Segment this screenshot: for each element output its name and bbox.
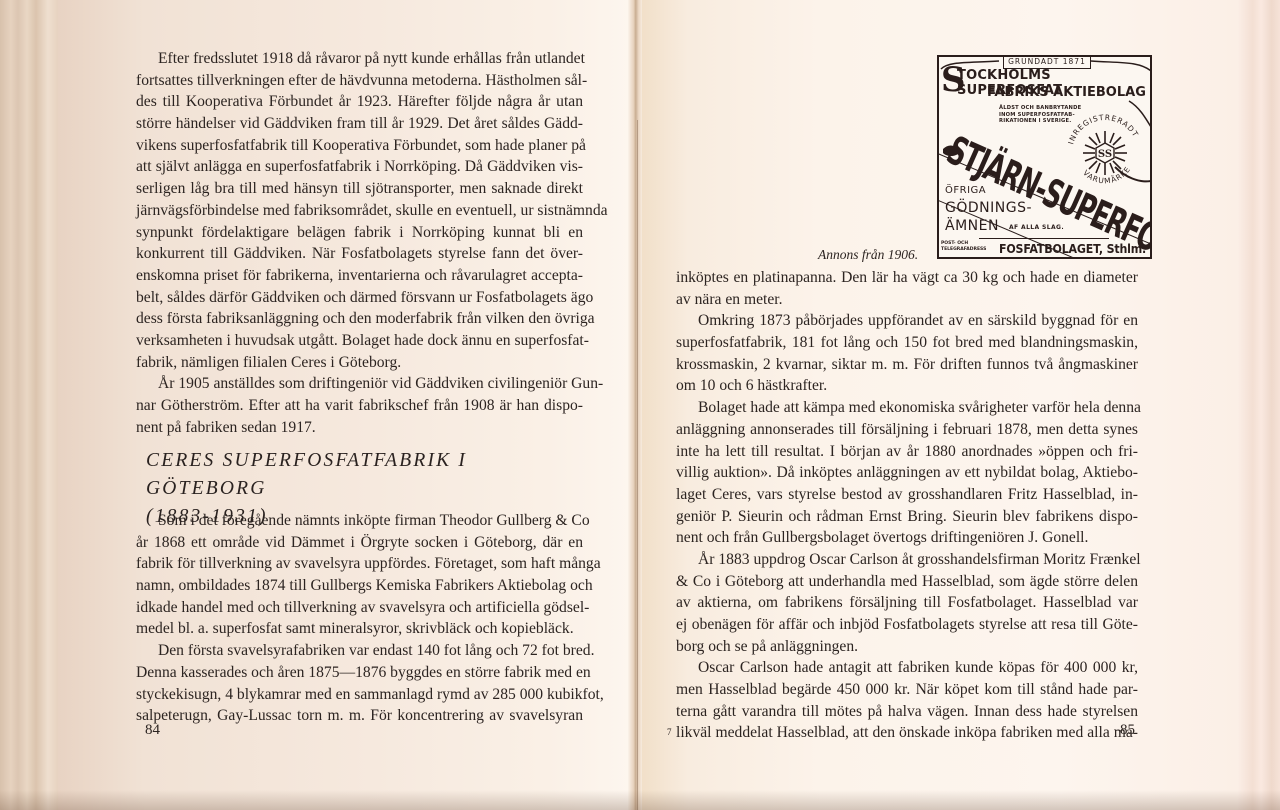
text-line: verksamheten i huvudsak utgått. Bolaget … [136, 330, 583, 352]
ad-caption: Annons från 1906. [818, 247, 918, 263]
text-line: nar Götherström. Efter att ha varit fabr… [136, 395, 583, 417]
ad-ornament-border-icon [939, 57, 1152, 259]
text-line: Den första svavelsyrafabriken var endast… [136, 640, 583, 662]
gutter-fold [637, 120, 638, 810]
text-line: nent och från Gullbergsbolaget övertogs … [676, 527, 1138, 549]
text-line: nent på fabriken sedan 1917. [136, 417, 583, 439]
text-line: dess första fabriksanläggning och den mo… [136, 308, 583, 330]
text-line: Som i det föregående nämnts inköpte firm… [136, 510, 583, 532]
text-line: inte ha lett till resultat. I början av … [676, 441, 1138, 463]
text-line: enskomna priset för fabrikerna, inventar… [136, 265, 583, 287]
text-line: synpunkt fördelaktigare belägen fabrik i… [136, 222, 583, 244]
text-line: inköptes en platinapanna. Den lär ha väg… [676, 267, 1138, 289]
text-line: Oscar Carlson hade antagit att fabriken … [676, 657, 1138, 679]
right-page-edges [1238, 0, 1280, 810]
paragraph: Efter fredsslutet 1918 då råvaror på nyt… [136, 48, 583, 373]
left-body-text-bottom: Som i det föregående nämnts inköpte firm… [136, 510, 583, 727]
text-line: fortsattes tillverkningen efter de hävdv… [136, 70, 583, 92]
text-line: järnvägsförbindelse med fabriksområdet, … [136, 200, 583, 222]
book-gutter [628, 0, 642, 810]
text-line: styckekisugn, 4 blykamrar med en sammanl… [136, 684, 583, 706]
signature-mark: 7 [667, 727, 672, 737]
paragraph: Den första svavelsyrafabriken var endast… [136, 640, 583, 727]
text-line: & Co i Göteborg att underhandla med Hass… [676, 571, 1138, 593]
text-line: borg och se på anläggningen. [676, 636, 1138, 658]
paragraph: inköptes en platinapanna. Den lär ha väg… [676, 267, 1138, 310]
text-line: idkade handel med och tillverkning av sv… [136, 597, 583, 619]
text-line: År 1905 anställdes som driftingeniör vid… [136, 373, 583, 395]
text-line: Denna kasserades och åren 1875—1876 bygg… [136, 662, 583, 684]
text-line: serligen låg bra till med hänsyn till sj… [136, 178, 583, 200]
page-number-right: 85 [1120, 722, 1135, 739]
text-line: superfosfatfabrik, 181 fot lång och 150 … [676, 332, 1138, 354]
text-line: geniör P. Sieurin och rådman Ernst Bring… [676, 506, 1138, 528]
text-line: anläggning annonserades till försäljning… [676, 419, 1138, 441]
paragraph: Som i det föregående nämnts inköpte firm… [136, 510, 583, 640]
text-line: fabrik, nämligen filialen Ceres i Götebo… [136, 352, 583, 374]
right-body-text: inköptes en platinapanna. Den lär ha väg… [676, 267, 1138, 744]
text-line: laget Ceres, vars styrelse bestod av gro… [676, 484, 1138, 506]
text-line: medel bl. a. superfosfat samt mineralsyr… [136, 618, 583, 640]
text-line: des till Kooperativa Förbundet år 1923. … [136, 91, 583, 113]
text-line: Efter fredsslutet 1918 då råvaror på nyt… [136, 48, 583, 70]
text-line: Bolaget hade att kämpa med ekonomiska sv… [676, 397, 1138, 419]
text-line: namn, ombildades 1874 till Gullbergs Kem… [136, 575, 583, 597]
text-line: att självt anlägga en superfosfatfabrik … [136, 156, 583, 178]
text-line: av aktierna, om fabrikens försäljning ti… [676, 592, 1138, 614]
text-line: konkurrent till Gäddviken. När Fosfatbol… [136, 243, 583, 265]
text-line: belt, såldes därför Gäddviken och därmed… [136, 287, 583, 309]
text-line: fabrik för tillverkning av svavelsyra up… [136, 553, 583, 575]
text-line: krossmaskin, 2 kvarnar, siktar m. m. För… [676, 354, 1138, 376]
paragraph: Omkring 1873 påbörjades uppförandet av e… [676, 310, 1138, 397]
left-body-text-top: Efter fredsslutet 1918 då råvaror på nyt… [136, 48, 583, 438]
text-line: av nära en meter. [676, 289, 1138, 311]
text-line: År 1883 uppdrog Oscar Carlson åt grossha… [676, 549, 1138, 571]
text-line: vikens superfosfatfabrik till Kooperativ… [136, 135, 583, 157]
paragraph: Oscar Carlson hade antagit att fabriken … [676, 657, 1138, 744]
text-line: salpeterugn, Gay-Lussac torn m. m. För k… [136, 705, 583, 727]
text-line: likväl meddelat Hasselblad, att den önsk… [676, 722, 1138, 744]
text-line: större händelser vid Gäddviken fram till… [136, 113, 583, 135]
page-number-left: 84 [145, 722, 160, 739]
text-line: Omkring 1873 påbörjades uppförandet av e… [676, 310, 1138, 332]
paragraph: År 1905 anställdes som driftingeniör vid… [136, 373, 583, 438]
left-page-edges [0, 0, 60, 810]
text-line: om 10 och 6 hästkrafter. [676, 375, 1138, 397]
section-heading-title: CERES SUPERFOSFATFABRIK I GÖTEBORG [146, 447, 586, 503]
advertisement-1906: GRUNDADT 1871 S TOCKHOLMS SUPERFOSFAT FA… [937, 55, 1152, 259]
paragraph: Bolaget hade att kämpa med ekonomiska sv… [676, 397, 1138, 549]
text-line: år 1868 ett område vid Dämmet i Örgryte … [136, 532, 583, 554]
bottom-shadow [0, 790, 1280, 810]
text-line: men Hasselblad begärde 450 000 kr. När k… [676, 679, 1138, 701]
text-line: ej obenägen för affär och inbjöd Fosfatb… [676, 614, 1138, 636]
text-line: villig auktion». Då inköptes anläggninge… [676, 462, 1138, 484]
paragraph: År 1883 uppdrog Oscar Carlson åt grossha… [676, 549, 1138, 657]
text-line: terna gått varandra till mötes på halva … [676, 701, 1138, 723]
